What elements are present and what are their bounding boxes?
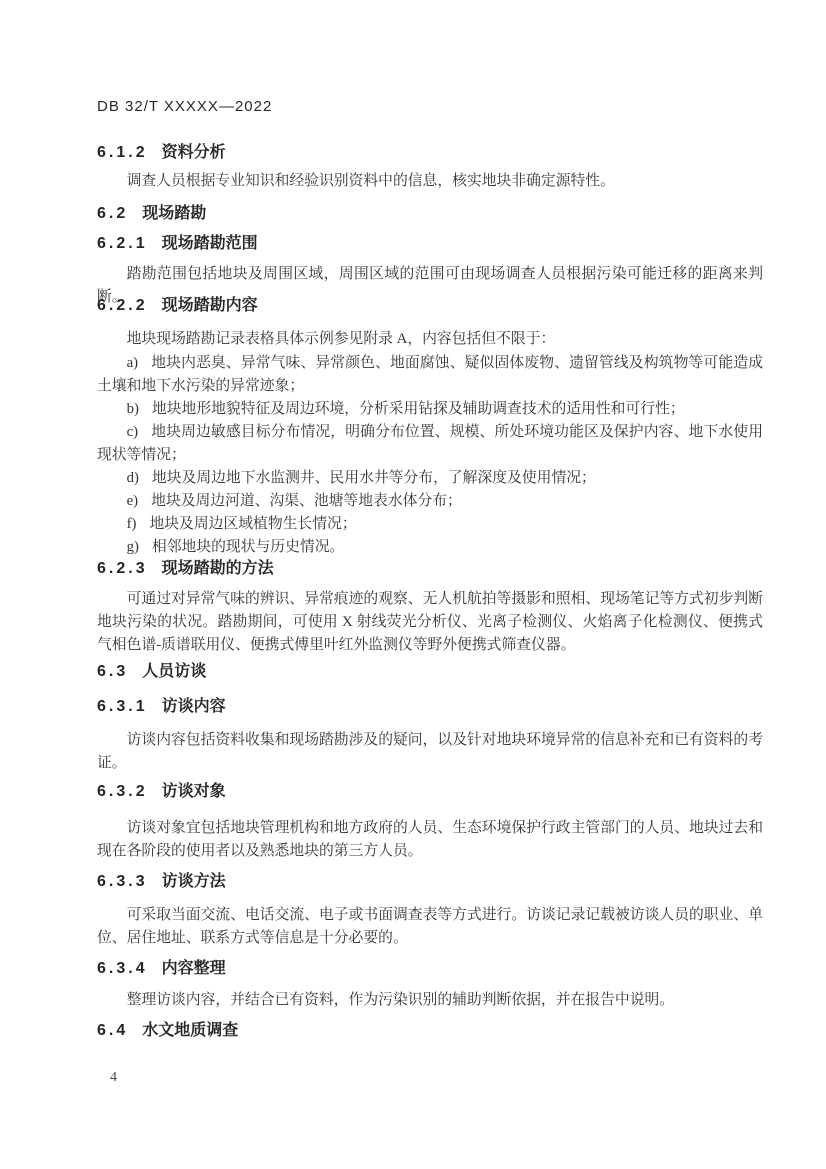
list-marker: b): [127, 401, 139, 417]
section-title: 现场踏勘内容: [162, 297, 258, 314]
section-heading-6-2: 6.2现场踏勘: [97, 205, 763, 223]
section-heading-6-2-3: 6.2.3现场踏勘的方法: [97, 560, 763, 578]
standard-number-header: DB 32/T XXXXX—2022: [97, 98, 763, 115]
section-number: 6.2.1: [97, 235, 148, 252]
list-text: 地块及周边地下水监测井、民用水井等分布，了解深度及使用情况；: [152, 470, 596, 486]
section-number: 6.3: [97, 663, 128, 680]
list-text: 地块及周边区域植物生长情况；: [149, 516, 356, 532]
section-title: 现场踏勘的方法: [162, 560, 274, 577]
section-heading-6-3-2: 6.3.2访谈对象: [97, 783, 763, 801]
section-number: 6.2.3: [97, 560, 148, 577]
paragraph-6-3-1: 访谈内容包括资料收集和现场踏勘涉及的疑问，以及针对地块环境异常的信息补充和已有资…: [97, 729, 763, 775]
paragraph-6-3-2: 访谈对象宜包括地块管理机构和地方政府的人员、生态环境保护行政主管部门的人员、地块…: [97, 817, 763, 863]
paragraph-6-1-2: 调查人员根据专业知识和经验识别资料中的信息，核实地块非确定源特性。: [97, 170, 763, 193]
list-text: 地块内恶臭、异常气味、异常颜色、地面腐蚀、疑似固体废物、遗留管线及构筑物等可能造…: [97, 355, 763, 394]
section-heading-6-4: 6.4水文地质调查: [97, 1022, 763, 1040]
list-item-g: g)相邻地块的现状与历史情况。: [97, 536, 763, 559]
section-number: 6.3.1: [97, 698, 148, 715]
section-number: 6.4: [97, 1022, 128, 1039]
list-item-d: d)地块及周边地下水监测井、民用水井等分布，了解深度及使用情况；: [97, 467, 763, 490]
list-marker: c): [127, 424, 139, 440]
list-item-f: f)地块及周边区域植物生长情况；: [97, 513, 763, 536]
section-title: 水文地质调查: [142, 1022, 238, 1039]
page-number: 4: [110, 1070, 117, 1086]
section-heading-6-3-1: 6.3.1访谈内容: [97, 698, 763, 716]
section-title: 人员访谈: [142, 663, 206, 680]
list-marker: e): [127, 493, 139, 509]
section-heading-6-2-1: 6.2.1现场踏勘范围: [97, 235, 763, 253]
section-heading-6-3-3: 6.3.3访谈方法: [97, 873, 763, 891]
section-number: 6.2: [97, 205, 128, 222]
list-item-b: b)地块地形地貌特征及周边环境，分析采用钻探及辅助调查技术的适用性和可行性；: [97, 398, 763, 421]
section-number: 6.3.3: [97, 873, 148, 890]
section-title: 资料分析: [162, 144, 226, 161]
paragraph-6-3-4: 整理访谈内容，并结合已有资料，作为污染识别的辅助判断依据，并在报告中说明。: [97, 989, 763, 1012]
section-title: 访谈方法: [162, 873, 226, 890]
section-number: 6.3.4: [97, 960, 148, 977]
section-heading-6-3-4: 6.3.4内容整理: [97, 960, 763, 978]
paragraph-6-2-2-intro: 地块现场踏勘记录表格具体示例参见附录 A，内容包括但不限于：: [97, 328, 763, 351]
list-text: 地块及周边河道、沟渠、池塘等地表水体分布；: [151, 493, 462, 509]
list-text: 地块周边敏感目标分布情况，明确分布位置、规模、所处环境功能区及保护内容、地下水使…: [97, 424, 763, 463]
paragraph-6-3-3: 可采取当面交流、电话交流、电子或书面调查表等方式进行。访谈记录记载被访谈人员的职…: [97, 904, 763, 950]
list-marker: g): [127, 539, 139, 555]
paragraph-6-2-3: 可通过对异常气味的辨识、异常痕迹的观察、无人机航拍等摄影和照相、现场笔记等方式初…: [97, 588, 763, 657]
section-heading-6-2-2: 6.2.2现场踏勘内容: [97, 297, 763, 315]
section-number: 6.2.2: [97, 297, 148, 314]
list-item-a: a)地块内恶臭、异常气味、异常颜色、地面腐蚀、疑似固体废物、遗留管线及构筑物等可…: [97, 352, 763, 398]
list-marker: a): [127, 355, 139, 371]
list-text: 相邻地块的现状与历史情况。: [152, 539, 344, 555]
section-title: 访谈内容: [162, 698, 226, 715]
section-heading-6-3: 6.3人员访谈: [97, 663, 763, 681]
list-item-e: e)地块及周边河道、沟渠、池塘等地表水体分布；: [97, 490, 763, 513]
list-marker: d): [127, 470, 139, 486]
section-title: 访谈对象: [162, 783, 226, 800]
section-number: 6.3.2: [97, 783, 148, 800]
section-title: 现场踏勘: [142, 205, 206, 222]
list-item-c: c)地块周边敏感目标分布情况，明确分布位置、规模、所处环境功能区及保护内容、地下…: [97, 421, 763, 467]
document-page: DB 32/T XXXXX—2022 6.1.2资料分析 调查人员根据专业知识和…: [0, 0, 826, 1169]
section-title: 内容整理: [162, 960, 226, 977]
section-title: 现场踏勘范围: [162, 235, 258, 252]
list-marker: f): [127, 516, 137, 532]
section-number: 6.1.2: [97, 144, 148, 161]
section-heading-6-1-2: 6.1.2资料分析: [97, 144, 763, 162]
list-text: 地块地形地貌特征及周边环境，分析采用钻探及辅助调查技术的适用性和可行性；: [152, 401, 685, 417]
list-6-2-2: a)地块内恶臭、异常气味、异常颜色、地面腐蚀、疑似固体废物、遗留管线及构筑物等可…: [97, 352, 763, 559]
